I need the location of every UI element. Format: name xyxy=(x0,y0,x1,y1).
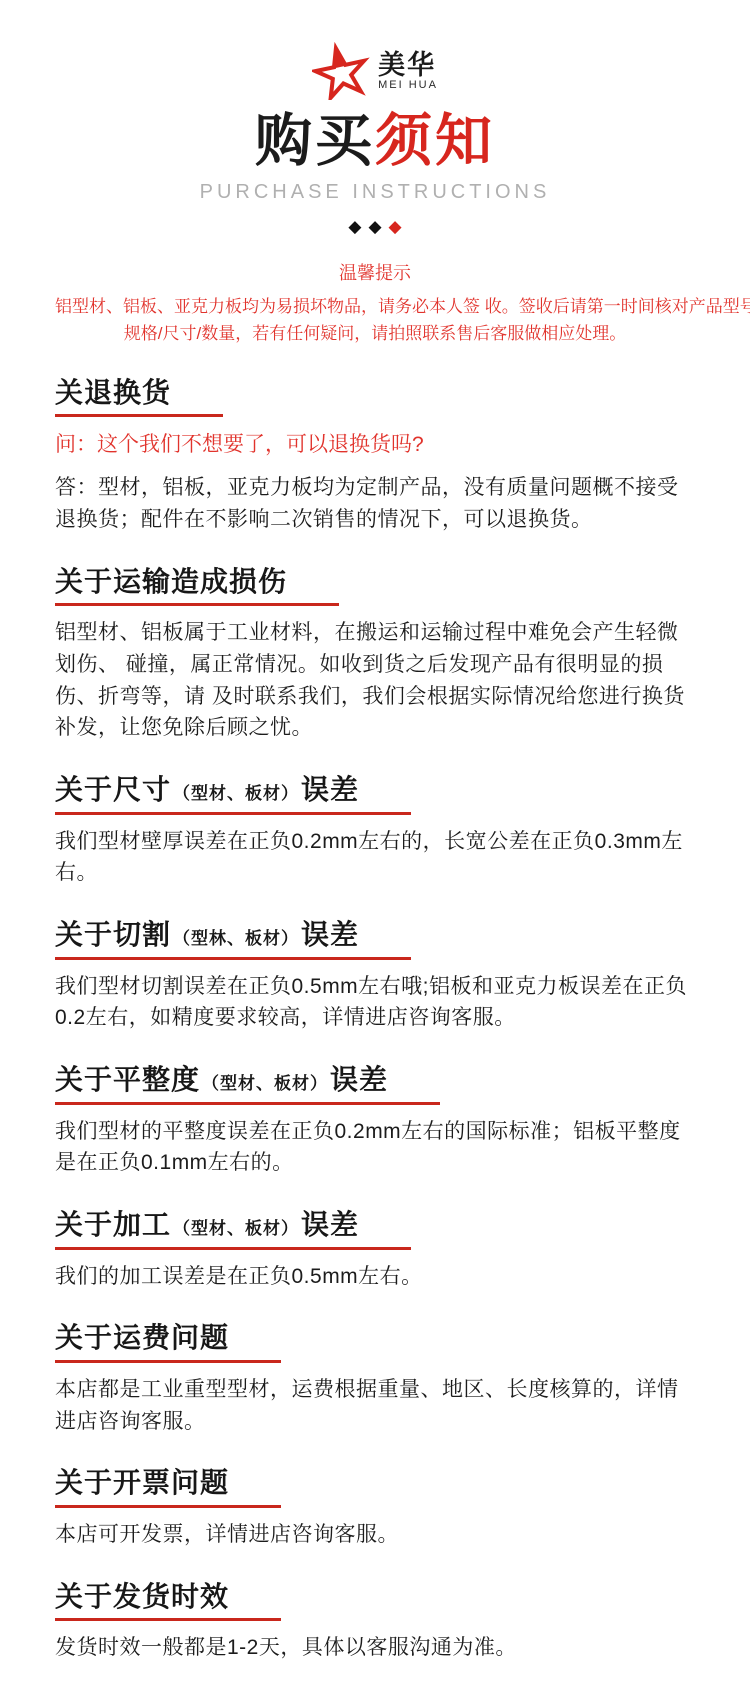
section-heading: 关于运费问题 xyxy=(55,1322,281,1362)
warm-notice-line-2: 规格/尺寸/数量，若有任何疑问，请拍照联系售后客服做相应处理。 xyxy=(55,320,695,347)
section-heading-paren: （型林、板材） xyxy=(173,929,299,948)
page-title: 购买须知 xyxy=(55,110,695,173)
section-heading-text: 关于开票问题 xyxy=(55,1467,229,1498)
section-heading: 关于平整度（型材、板材）误差 xyxy=(55,1064,440,1104)
section-heading-paren: （型材、板材） xyxy=(173,1219,299,1238)
brand-logo: 美华 MEI HUA xyxy=(55,42,695,100)
section-cutting-tolerance: 关于切割（型林、板材）误差 我们型材切割误差在正负0.5mm左右哦;铝板和亚克力… xyxy=(55,919,695,1034)
warm-notice-title: 温馨提示 xyxy=(55,259,695,285)
question-text: 问：这个我们不想要了，可以退换货吗? xyxy=(55,429,695,461)
section-heading-suffix: 误差 xyxy=(301,919,359,950)
section-returns: 关退换货 问：这个我们不想要了，可以退换货吗? 答：型材，铝板，亚克力板均为定制… xyxy=(55,377,695,536)
section-machining-tolerance: 关于加工（型材、板材）误差 我们的加工误差是在正负0.5mm左右。 xyxy=(55,1209,695,1292)
header: 美华 MEI HUA 购买须知 PURCHASE INSTRUCTIONS ◆ … xyxy=(55,42,695,235)
section-heading-suffix: 误差 xyxy=(301,1209,359,1240)
section-body: 本店都是工业重型型材，运费根据重量、地区、长度核算的，详情进店咨询客服。 xyxy=(55,1374,695,1438)
section-flatness-tolerance: 关于平整度（型材、板材）误差 我们型材的平整度误差在正负0.2mm左右的国际标准… xyxy=(55,1064,695,1179)
section-heading-text: 关于加工 xyxy=(55,1209,171,1240)
section-body: 铝型材、铝板属于工业材料，在搬运和运输过程中难免会产生轻微划伤、 碰撞，属正常情… xyxy=(55,617,695,745)
section-heading: 关于加工（型材、板材）误差 xyxy=(55,1209,411,1249)
diamond-icon: ◆ xyxy=(348,218,361,235)
section-shipping-fee: 关于运费问题 本店都是工业重型型材，运费根据重量、地区、长度核算的，详情进店咨询… xyxy=(55,1322,695,1437)
purchase-instructions-page: 美华 MEI HUA 购买须知 PURCHASE INSTRUCTIONS ◆ … xyxy=(0,0,750,1694)
section-heading-paren: （型材、板材） xyxy=(173,784,299,803)
section-heading-text: 关于运费问题 xyxy=(55,1322,229,1353)
section-heading: 关于发货时效 xyxy=(55,1581,281,1621)
section-delivery-time: 关于发货时效 发货时效一般都是1-2天，具体以客服沟通为准。 xyxy=(55,1581,695,1664)
brand-text: 美华 MEI HUA xyxy=(378,51,438,91)
section-heading-paren: （型材、板材） xyxy=(202,1074,328,1093)
section-heading-text: 关于运输造成损伤 xyxy=(55,566,287,597)
section-heading-suffix: 误差 xyxy=(330,1064,388,1095)
section-body: 我们型材壁厚误差在正负0.2mm左右的，长宽公差在正负0.3mm左右。 xyxy=(55,826,695,890)
section-heading: 关于开票问题 xyxy=(55,1467,281,1507)
section-body: 我们型材切割误差在正负0.5mm左右哦;铝板和亚克力板误差在正负0.2左右，如精… xyxy=(55,971,695,1035)
star-icon xyxy=(312,42,370,100)
section-heading: 关于切割（型林、板材）误差 xyxy=(55,919,411,959)
section-heading: 关于尺寸（型材、板材）误差 xyxy=(55,774,411,814)
section-heading-text: 关于发货时效 xyxy=(55,1581,229,1612)
section-body: 发货时效一般都是1-2天，具体以客服沟通为准。 xyxy=(55,1632,695,1664)
section-heading-suffix: 误差 xyxy=(301,774,359,805)
page-title-black: 购买 xyxy=(255,109,375,173)
warm-notice-line-1: 铝型材、铝板、亚克力板均为易损坏物品，请务必本人签 收。签收后请第一时间核对产品… xyxy=(55,293,695,320)
diamond-divider: ◆ ◆ ◆ xyxy=(55,218,695,235)
answer-text: 答：型材，铝板，亚克力板均为定制产品，没有质量问题概不接受退换货；配件在不影响二… xyxy=(55,472,695,536)
section-heading: 关于运输造成损伤 xyxy=(55,566,339,606)
section-body: 我们的加工误差是在正负0.5mm左右。 xyxy=(55,1261,695,1293)
section-invoice: 关于开票问题 本店可开发票，详情进店咨询客服。 xyxy=(55,1467,695,1550)
brand-name-cn: 美华 xyxy=(378,51,438,79)
section-body: 我们型材的平整度误差在正负0.2mm左右的国际标准；铝板平整度是在正负0.1mm… xyxy=(55,1116,695,1180)
section-heading-text: 关于切割 xyxy=(55,919,171,950)
section-size-tolerance: 关于尺寸（型材、板材）误差 我们型材壁厚误差在正负0.2mm左右的，长宽公差在正… xyxy=(55,774,695,889)
section-transport-damage: 关于运输造成损伤 铝型材、铝板属于工业材料，在搬运和运输过程中难免会产生轻微划伤… xyxy=(55,566,695,745)
section-heading-text: 关于尺寸 xyxy=(55,774,171,805)
warm-notice: 温馨提示 铝型材、铝板、亚克力板均为易损坏物品，请务必本人签 收。签收后请第一时… xyxy=(55,259,695,347)
page-subtitle: PURCHASE INSTRUCTIONS xyxy=(55,181,695,204)
diamond-icon: ◆ xyxy=(389,218,402,235)
page-title-red: 须知 xyxy=(375,109,495,173)
diamond-icon: ◆ xyxy=(368,218,381,235)
section-heading: 关退换货 xyxy=(55,377,223,417)
section-heading-text: 关退换货 xyxy=(55,377,171,408)
brand-name-en: MEI HUA xyxy=(378,79,438,91)
section-heading-text: 关于平整度 xyxy=(55,1064,200,1095)
section-body: 本店可开发票，详情进店咨询客服。 xyxy=(55,1519,695,1551)
